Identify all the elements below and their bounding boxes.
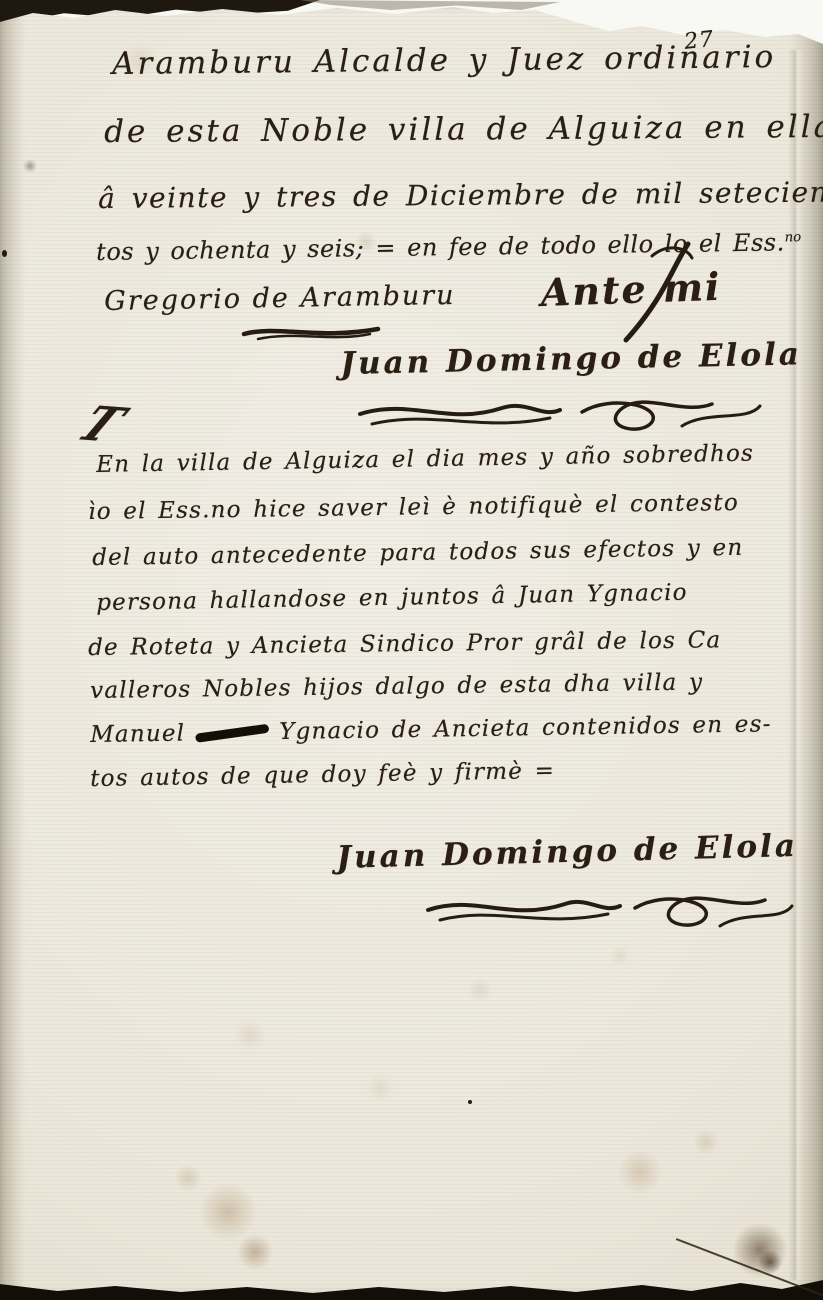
auto-line: â veinte y tres de Diciembre de mil sete… [98,175,823,215]
rubric-flourish-escribano-second [420,886,800,938]
auto-line: de esta Noble villa de Alguiza en ella [104,109,823,150]
auto-line: Aramburu Alcalde y Juez ordinario [112,39,776,82]
ink-speck [468,1100,472,1104]
signature-alcalde: Gregorio de Aramburu [104,280,456,317]
rubric-flourish-escribano [352,392,772,440]
scanned-manuscript-page: 27 Aramburu Alcalde y Juez ordinario de … [0,0,823,1300]
ante-mi-label: Ante mi [540,264,722,315]
ink-speck [2,250,7,257]
escribano-abbreviation: no [785,230,802,245]
ink-stroke [195,723,270,742]
rubric-flourish-alcalde [238,322,388,344]
notification-line-text: Manuel [90,721,185,748]
